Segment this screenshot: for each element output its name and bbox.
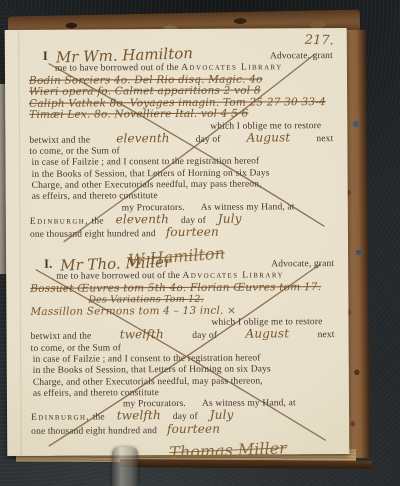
register-page: 217. I Mr Wm. Hamilton Advocate, grant m… — [5, 28, 350, 456]
cover-bottom-edge — [120, 459, 372, 469]
book-title-crossed: Bossuet Œuvres tom 5th 4o. Florian Œuvre… — [30, 282, 334, 295]
signature-miller: Thomas Miller — [169, 438, 287, 462]
year-handwritten: fourteen — [166, 227, 219, 237]
book-photo: 217. I Mr Wm. Hamilton Advocate, grant m… — [0, 0, 400, 486]
return-month-handwritten: August — [247, 132, 291, 142]
loan-entry-hamilton: I Mr Wm. Hamilton Advocate, grant me to … — [29, 44, 334, 266]
printed-capital-i: I — [43, 51, 48, 62]
grantor-line: I Mr Wm. Hamilton Advocate, grant — [29, 44, 333, 64]
page-weight-strip — [112, 447, 138, 486]
sign-month-handwritten: July — [210, 410, 234, 420]
advocates-library-label: Advocates Library — [182, 271, 284, 282]
year-handwritten: fourteen — [167, 424, 220, 434]
return-month-handwritten: August — [245, 329, 289, 339]
return-day-handwritten: eleventh — [116, 133, 169, 143]
printed-capital-i: I. — [44, 259, 52, 270]
advocate-grant-text: Advocate, grant — [270, 51, 333, 63]
advocates-library-label: Advocates Library — [181, 63, 283, 74]
sign-day-handwritten: eleventh — [116, 214, 169, 224]
year-line: one thousand eight hundred and fourteen — [31, 423, 335, 438]
page-crease — [18, 30, 23, 456]
book-title-crossed: Timæi Lex. 8o. Novelliere Ital. vol 4 5 … — [29, 108, 333, 121]
year-line: one thousand eight hundred and fourteen — [30, 226, 334, 241]
sign-month-handwritten: July — [218, 214, 242, 224]
sign-day-handwritten: twelfth — [117, 411, 161, 421]
book-title-active: Massillon Sermons tom 4 – 13 incl. × — [30, 305, 334, 318]
advocate-grant-text: Advocate, grant — [271, 259, 334, 271]
return-day-handwritten: twelfth — [120, 329, 164, 339]
grantor-line: I. Mr Tho. Miller Advocate, grant — [30, 252, 334, 272]
loan-entry-miller: I. Mr Tho. Miller Advocate, grant me to … — [30, 252, 335, 461]
